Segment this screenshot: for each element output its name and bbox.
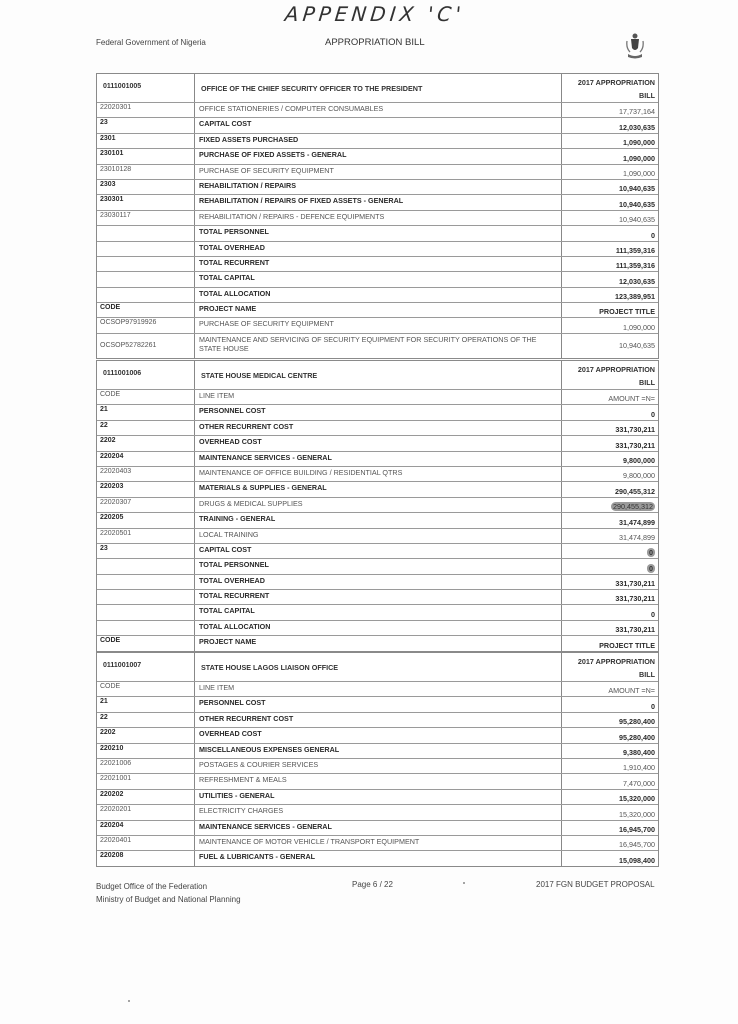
row-code: 22020403 xyxy=(97,467,195,481)
section-code: 0111001005 xyxy=(97,74,195,102)
row-line-item: LINE ITEM xyxy=(195,390,562,404)
row-line-item: TOTAL ALLOCATION xyxy=(195,621,562,635)
row-code: 220205 xyxy=(97,513,195,527)
table-row: TOTAL CAPITAL 12,030,635 xyxy=(97,271,658,286)
row-line-item: PROJECT NAME xyxy=(195,303,562,317)
row-code: 230301 xyxy=(97,195,195,209)
table-row: TOTAL CAPITAL 0 xyxy=(97,604,658,619)
amount-value: 31,474,899 xyxy=(619,533,655,542)
table-row: 22020501 LOCAL TRAINING 31,474,899 xyxy=(97,528,658,543)
row-line-item: FUEL & LUBRICANTS - GENERAL xyxy=(195,851,562,865)
row-line-item: MAINTENANCE AND SERVICING OF SECURITY EQ… xyxy=(195,334,562,358)
column-header: 2017 APPROPRIATION BILL xyxy=(562,653,658,681)
table-row: 22020307 DRUGS & MEDICAL SUPPLIES 290,45… xyxy=(97,497,658,512)
table-row: TOTAL ALLOCATION 331,730,211 xyxy=(97,620,658,635)
table-row: 22020201 ELECTRICITY CHARGES 15,320,000 xyxy=(97,804,658,819)
column-header: 2017 APPROPRIATION BILL xyxy=(562,74,658,102)
table-row: TOTAL OVERHEAD 111,359,316 xyxy=(97,241,658,256)
amount-value: 12,030,635 xyxy=(619,123,655,132)
row-amount: 331,730,211 xyxy=(562,575,658,589)
amount-value: 1,090,000 xyxy=(623,169,655,178)
row-amount: 15,320,000 xyxy=(562,805,658,819)
amount-value: 10,940,635 xyxy=(619,215,655,224)
row-code: OCSOP52782261 xyxy=(97,334,195,358)
row-amount: 10,940,635 xyxy=(562,180,658,194)
row-code: 2301 xyxy=(97,134,195,148)
amount-value: PROJECT TITLE xyxy=(599,641,655,650)
row-amount: 7,470,000 xyxy=(562,774,658,788)
table-row: 22 OTHER RECURRENT COST 95,280,400 xyxy=(97,712,658,727)
row-amount: 9,800,000 xyxy=(562,467,658,481)
row-code: 21 xyxy=(97,697,195,711)
amount-value: 17,737,164 xyxy=(619,107,655,116)
row-amount: 1,910,400 xyxy=(562,759,658,773)
amount-value: 1,090,000 xyxy=(623,154,655,163)
row-line-item: PERSONNEL COST xyxy=(195,697,562,711)
row-code xyxy=(97,242,195,256)
table-row: OCSOP52782261 MAINTENANCE AND SERVICING … xyxy=(97,333,658,358)
row-line-item: PURCHASE OF FIXED ASSETS - GENERAL xyxy=(195,149,562,163)
row-code: 22020307 xyxy=(97,498,195,512)
row-amount: 331,730,211 xyxy=(562,421,658,435)
amount-value: 9,380,400 xyxy=(623,748,655,757)
row-amount: PROJECT TITLE xyxy=(562,303,658,317)
amount-value: 111,359,316 xyxy=(616,246,655,255)
row-amount: 0 xyxy=(562,405,658,419)
amount-value: 1,090,000 xyxy=(623,138,655,147)
row-line-item: MISCELLANEOUS EXPENSES GENERAL xyxy=(195,744,562,758)
amount-value: 10,940,635 xyxy=(619,200,655,209)
amount-value: 9,800,000 xyxy=(623,471,655,480)
table-row: 220210 MISCELLANEOUS EXPENSES GENERAL 9,… xyxy=(97,743,658,758)
row-amount: 12,030,635 xyxy=(562,272,658,286)
row-code: 23 xyxy=(97,544,195,558)
handwritten-annotation: APPENDIX 'C' xyxy=(284,2,466,26)
amount-value: 1,090,000 xyxy=(623,323,655,332)
row-code: 220203 xyxy=(97,482,195,496)
row-amount: 331,730,211 xyxy=(562,621,658,635)
row-code: 220202 xyxy=(97,790,195,804)
row-amount: 9,800,000 xyxy=(562,452,658,466)
document-title: APPROPRIATION BILL xyxy=(325,37,425,48)
table-row: CODE LINE ITEM AMOUNT =N= xyxy=(97,389,658,404)
row-line-item: LOCAL TRAINING xyxy=(195,529,562,543)
row-code: 22020401 xyxy=(97,836,195,850)
section-header-row: 0111001006 STATE HOUSE MEDICAL CENTRE 20… xyxy=(97,361,658,389)
table-row: 23010128 PURCHASE OF SECURITY EQUIPMENT … xyxy=(97,164,658,179)
table-row: OCSOP97919926 PURCHASE OF SECURITY EQUIP… xyxy=(97,317,658,332)
table-row: CODE LINE ITEM AMOUNT =N= xyxy=(97,681,658,696)
row-code: 2202 xyxy=(97,436,195,450)
row-amount: 0 xyxy=(562,226,658,240)
row-amount: 123,389,951 xyxy=(562,288,658,302)
amount-value: 0 xyxy=(651,702,655,711)
amount-value: 10,940,635 xyxy=(619,184,655,193)
amount-value: 15,320,000 xyxy=(619,794,655,803)
table-row: 22021001 REFRESHMENT & MEALS 7,470,000 xyxy=(97,773,658,788)
amount-value: 16,945,700 xyxy=(619,840,655,849)
column-header-line2: BILL xyxy=(639,89,655,102)
row-amount: 16,945,700 xyxy=(562,821,658,835)
budget-section-0111001007: 0111001007 STATE HOUSE LAGOS LIAISON OFF… xyxy=(96,652,659,867)
amount-value: 95,280,400 xyxy=(619,717,655,726)
row-code: 220204 xyxy=(97,821,195,835)
row-line-item: OTHER RECURRENT COST xyxy=(195,421,562,435)
row-code: 220210 xyxy=(97,744,195,758)
row-line-item: MAINTENANCE OF MOTOR VEHICLE / TRANSPORT… xyxy=(195,836,562,850)
row-code: 22 xyxy=(97,713,195,727)
row-line-item: MATERIALS & SUPPLIES - GENERAL xyxy=(195,482,562,496)
table-row: 22 OTHER RECURRENT COST 331,730,211 xyxy=(97,420,658,435)
row-amount: 1,090,000 xyxy=(562,134,658,148)
row-line-item: POSTAGES & COURIER SERVICES xyxy=(195,759,562,773)
amount-value: 331,730,211 xyxy=(615,441,655,450)
row-line-item: TRAINING - GENERAL xyxy=(195,513,562,527)
row-code: 22021006 xyxy=(97,759,195,773)
row-line-item: PURCHASE OF SECURITY EQUIPMENT xyxy=(195,165,562,179)
footer-office-line2: Ministry of Budget and National Planning xyxy=(96,893,241,906)
row-line-item: TOTAL CAPITAL xyxy=(195,605,562,619)
amount-value: 0 xyxy=(651,410,655,419)
table-row: 23 CAPITAL COST 12,030,635 xyxy=(97,117,658,132)
row-line-item: CAPITAL COST xyxy=(195,544,562,558)
amount-value: 12,030,635 xyxy=(619,277,655,286)
row-amount: AMOUNT =N= xyxy=(562,682,658,696)
table-row: 220208 FUEL & LUBRICANTS - GENERAL 15,09… xyxy=(97,850,658,865)
amount-value: 331,730,211 xyxy=(615,579,655,588)
row-code xyxy=(97,605,195,619)
header-organization: Federal Government of Nigeria xyxy=(96,38,206,47)
row-code xyxy=(97,559,195,573)
table-row: 23030117 REHABILITATION / REPAIRS - DEFE… xyxy=(97,210,658,225)
row-amount: 9,380,400 xyxy=(562,744,658,758)
row-code: 23010128 xyxy=(97,165,195,179)
row-line-item: MAINTENANCE SERVICES - GENERAL xyxy=(195,821,562,835)
row-line-item: PROJECT NAME xyxy=(195,636,562,650)
scan-speck xyxy=(128,1000,130,1002)
row-code xyxy=(97,257,195,271)
footer-office: Budget Office of the Federation Ministry… xyxy=(96,880,241,906)
row-code xyxy=(97,226,195,240)
column-header: 2017 APPROPRIATION BILL xyxy=(562,361,658,389)
table-row: 21 PERSONNEL COST 0 xyxy=(97,696,658,711)
amount-value: 15,320,000 xyxy=(619,810,655,819)
table-row: 22020403 MAINTENANCE OF OFFICE BUILDING … xyxy=(97,466,658,481)
amount-value: 16,945,700 xyxy=(619,825,655,834)
table-row: 230301 REHABILITATION / REPAIRS OF FIXED… xyxy=(97,194,658,209)
row-code: CODE xyxy=(97,636,195,650)
row-amount: 1,090,000 xyxy=(562,318,658,332)
row-code: 2303 xyxy=(97,180,195,194)
scan-speck xyxy=(463,882,465,884)
row-amount: 290,455,312 xyxy=(562,482,658,496)
amount-value: 123,389,951 xyxy=(615,292,655,301)
table-row: TOTAL PERSONNEL 0 xyxy=(97,558,658,573)
row-code: 23 xyxy=(97,118,195,132)
row-line-item: REFRESHMENT & MEALS xyxy=(195,774,562,788)
row-code: CODE xyxy=(97,390,195,404)
section-header-row: 0111001007 STATE HOUSE LAGOS LIAISON OFF… xyxy=(97,653,658,681)
amount-value: 7,470,000 xyxy=(623,779,655,788)
row-line-item: TOTAL RECURRENT xyxy=(195,257,562,271)
table-row: 2303 REHABILITATION / REPAIRS 10,940,635 xyxy=(97,179,658,194)
row-line-item: PURCHASE OF SECURITY EQUIPMENT xyxy=(195,318,562,332)
amount-value: 331,730,211 xyxy=(615,625,655,634)
amount-value: 0 xyxy=(651,231,655,240)
row-line-item: CAPITAL COST xyxy=(195,118,562,132)
row-code xyxy=(97,575,195,589)
row-amount: 0 xyxy=(562,559,658,573)
row-line-item: OVERHEAD COST xyxy=(195,728,562,742)
table-row: CODE PROJECT NAME PROJECT TITLE xyxy=(97,635,658,650)
table-row: TOTAL PERSONNEL 0 xyxy=(97,225,658,240)
column-header-line2: BILL xyxy=(639,668,655,681)
row-amount: 95,280,400 xyxy=(562,728,658,742)
section-title: STATE HOUSE MEDICAL CENTRE xyxy=(195,361,562,389)
table-row: TOTAL RECURRENT 111,359,316 xyxy=(97,256,658,271)
amount-value: AMOUNT =N= xyxy=(608,686,655,695)
table-row: 22020401 MAINTENANCE OF MOTOR VEHICLE / … xyxy=(97,835,658,850)
table-row: 2301 FIXED ASSETS PURCHASED 1,090,000 xyxy=(97,133,658,148)
row-amount: 31,474,899 xyxy=(562,513,658,527)
row-line-item: REHABILITATION / REPAIRS xyxy=(195,180,562,194)
section-code: 0111001007 xyxy=(97,653,195,681)
row-code xyxy=(97,590,195,604)
table-row: 230101 PURCHASE OF FIXED ASSETS - GENERA… xyxy=(97,148,658,163)
row-line-item: TOTAL PERSONNEL xyxy=(195,226,562,240)
row-code: 22020501 xyxy=(97,529,195,543)
row-code: 21 xyxy=(97,405,195,419)
highlighted-amount: 0 xyxy=(647,564,655,573)
row-amount: 111,359,316 xyxy=(562,242,658,256)
footer-proposal-label: 2017 FGN BUDGET PROPOSAL xyxy=(536,880,655,889)
row-code: CODE xyxy=(97,303,195,317)
row-line-item: OFFICE STATIONERIES / COMPUTER CONSUMABL… xyxy=(195,103,562,117)
row-line-item: UTILITIES - GENERAL xyxy=(195,790,562,804)
row-code: OCSOP97919926 xyxy=(97,318,195,332)
budget-section-0111001005: 0111001005 OFFICE OF THE CHIEF SECURITY … xyxy=(96,73,659,359)
row-amount: PROJECT TITLE xyxy=(562,636,658,650)
row-code: 220208 xyxy=(97,851,195,865)
row-code: 2202 xyxy=(97,728,195,742)
column-header-line2: BILL xyxy=(639,376,655,389)
nigeria-coat-of-arms-icon xyxy=(624,32,646,60)
column-header-line1: 2017 APPROPRIATION xyxy=(578,363,655,376)
row-amount: 331,730,211 xyxy=(562,590,658,604)
row-amount: 0 xyxy=(562,544,658,558)
row-code: 22020201 xyxy=(97,805,195,819)
row-line-item: TOTAL RECURRENT xyxy=(195,590,562,604)
table-row: 220203 MATERIALS & SUPPLIES - GENERAL 29… xyxy=(97,481,658,496)
row-amount: 0 xyxy=(562,697,658,711)
section-header-row: 0111001005 OFFICE OF THE CHIEF SECURITY … xyxy=(97,74,658,102)
amount-value: 31,474,899 xyxy=(619,518,655,527)
row-line-item: MAINTENANCE SERVICES - GENERAL xyxy=(195,452,562,466)
amount-value: 290,455,312 xyxy=(615,487,655,496)
amount-value: 111,359,316 xyxy=(616,261,655,270)
amount-value: 95,280,400 xyxy=(619,733,655,742)
row-line-item: OTHER RECURRENT COST xyxy=(195,713,562,727)
row-amount: 1,090,000 xyxy=(562,165,658,179)
row-code xyxy=(97,272,195,286)
row-code: 22 xyxy=(97,421,195,435)
row-line-item: TOTAL PERSONNEL xyxy=(195,559,562,573)
table-row: TOTAL ALLOCATION 123,389,951 xyxy=(97,287,658,302)
row-line-item: TOTAL OVERHEAD xyxy=(195,242,562,256)
table-row: 2202 OVERHEAD COST 331,730,211 xyxy=(97,435,658,450)
table-row: 21 PERSONNEL COST 0 xyxy=(97,404,658,419)
table-row: TOTAL RECURRENT 331,730,211 xyxy=(97,589,658,604)
row-code: 22021001 xyxy=(97,774,195,788)
page-number: Page 6 / 22 xyxy=(352,880,393,889)
row-amount: 10,940,635 xyxy=(562,195,658,209)
row-line-item: REHABILITATION / REPAIRS OF FIXED ASSETS… xyxy=(195,195,562,209)
table-row: 220205 TRAINING - GENERAL 31,474,899 xyxy=(97,512,658,527)
row-line-item: PERSONNEL COST xyxy=(195,405,562,419)
column-header-line1: 2017 APPROPRIATION xyxy=(578,655,655,668)
amount-value: 9,800,000 xyxy=(623,456,655,465)
highlighted-amount: 290,455,312 xyxy=(611,502,655,511)
table-row: TOTAL OVERHEAD 331,730,211 xyxy=(97,574,658,589)
row-amount: 111,359,316 xyxy=(562,257,658,271)
row-code xyxy=(97,288,195,302)
section-title: STATE HOUSE LAGOS LIAISON OFFICE xyxy=(195,653,562,681)
row-line-item: LINE ITEM xyxy=(195,682,562,696)
amount-value: 0 xyxy=(651,610,655,619)
row-amount: 10,940,635 xyxy=(562,334,658,358)
row-code: 220204 xyxy=(97,452,195,466)
amount-value: 15,098,400 xyxy=(619,856,655,865)
row-line-item: DRUGS & MEDICAL SUPPLIES xyxy=(195,498,562,512)
row-code xyxy=(97,621,195,635)
row-amount: 16,945,700 xyxy=(562,836,658,850)
table-row: CODE PROJECT NAME PROJECT TITLE xyxy=(97,302,658,317)
row-line-item: OVERHEAD COST xyxy=(195,436,562,450)
row-code: 230101 xyxy=(97,149,195,163)
amount-value: 331,730,211 xyxy=(615,425,655,434)
section-code: 0111001006 xyxy=(97,361,195,389)
row-code: 23030117 xyxy=(97,211,195,225)
row-code: 22020301 xyxy=(97,103,195,117)
row-amount: AMOUNT =N= xyxy=(562,390,658,404)
amount-value: AMOUNT =N= xyxy=(608,394,655,403)
row-line-item: FIXED ASSETS PURCHASED xyxy=(195,134,562,148)
amount-value: 1,910,400 xyxy=(623,763,655,772)
table-row: 220202 UTILITIES - GENERAL 15,320,000 xyxy=(97,789,658,804)
row-amount: 15,320,000 xyxy=(562,790,658,804)
table-row: 220204 MAINTENANCE SERVICES - GENERAL 9,… xyxy=(97,451,658,466)
section-title: OFFICE OF THE CHIEF SECURITY OFFICER TO … xyxy=(195,74,562,102)
row-amount: 290,455,312 xyxy=(562,498,658,512)
budget-section-0111001006: 0111001006 STATE HOUSE MEDICAL CENTRE 20… xyxy=(96,360,659,652)
row-amount: 17,737,164 xyxy=(562,103,658,117)
row-amount: 31,474,899 xyxy=(562,529,658,543)
row-line-item: TOTAL CAPITAL xyxy=(195,272,562,286)
table-row: 2202 OVERHEAD COST 95,280,400 xyxy=(97,727,658,742)
row-amount: 12,030,635 xyxy=(562,118,658,132)
highlighted-amount: 0 xyxy=(647,548,655,557)
table-row: 22021006 POSTAGES & COURIER SERVICES 1,9… xyxy=(97,758,658,773)
table-row: 22020301 OFFICE STATIONERIES / COMPUTER … xyxy=(97,102,658,117)
footer-office-line1: Budget Office of the Federation xyxy=(96,880,241,893)
amount-value: 331,730,211 xyxy=(615,594,655,603)
row-code: CODE xyxy=(97,682,195,696)
row-amount: 1,090,000 xyxy=(562,149,658,163)
row-line-item: REHABILITATION / REPAIRS - DEFENCE EQUIP… xyxy=(195,211,562,225)
row-line-item: TOTAL OVERHEAD xyxy=(195,575,562,589)
column-header-line1: 2017 APPROPRIATION xyxy=(578,76,655,89)
amount-value: PROJECT TITLE xyxy=(599,307,655,316)
amount-value: 10,940,635 xyxy=(619,341,655,350)
row-amount: 10,940,635 xyxy=(562,211,658,225)
row-line-item: TOTAL ALLOCATION xyxy=(195,288,562,302)
table-row: 220204 MAINTENANCE SERVICES - GENERAL 16… xyxy=(97,820,658,835)
row-amount: 95,280,400 xyxy=(562,713,658,727)
row-amount: 15,098,400 xyxy=(562,851,658,865)
row-line-item: ELECTRICITY CHARGES xyxy=(195,805,562,819)
row-line-item: MAINTENANCE OF OFFICE BUILDING / RESIDEN… xyxy=(195,467,562,481)
table-row: 23 CAPITAL COST 0 xyxy=(97,543,658,558)
row-amount: 331,730,211 xyxy=(562,436,658,450)
row-amount: 0 xyxy=(562,605,658,619)
